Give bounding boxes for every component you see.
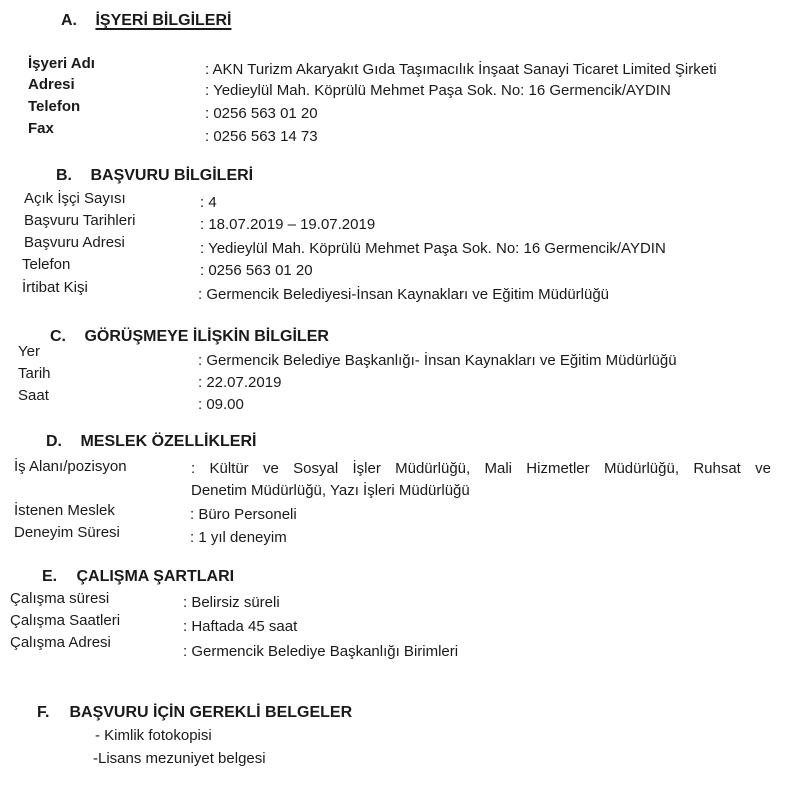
field-label: İstenen Meslek — [14, 502, 115, 519]
section-d-heading: D. MESLEK ÖZELLİKLERİ — [46, 433, 256, 451]
field-label: İşyeri Adı — [28, 55, 95, 72]
field-value: : Belirsiz süreli — [183, 594, 280, 611]
field-value: : 4 — [200, 194, 217, 211]
field-label: Saat — [18, 387, 49, 404]
field-label: Fax — [28, 120, 54, 137]
field-value: : 1 yıl deneyim — [190, 529, 287, 546]
field-label: İrtibat Kişi — [22, 279, 88, 296]
list-item: -Lisans mezuniyet belgesi — [93, 750, 266, 767]
field-label: Deneyim Süresi — [14, 524, 120, 541]
field-value: : Germencik Belediye Başkanlığı- İnsan K… — [198, 352, 677, 369]
field-label: Telefon — [22, 256, 70, 273]
field-value: : Germencik Belediye Başkanlığı Birimler… — [183, 643, 458, 660]
field-value: : 22.07.2019 — [198, 374, 281, 391]
section-title: BAŞVURU İÇİN GEREKLİ BELGELER — [69, 704, 352, 721]
field-label: Çalışma Adresi — [10, 634, 111, 651]
field-value-continued: Denetim Müdürlüğü, Yazı İşleri Müdürlüğü — [191, 482, 470, 499]
field-label: Çalışma Saatleri — [10, 612, 120, 629]
section-title: GÖRÜŞMEYE İLİŞKİN BİLGİLER — [84, 328, 328, 345]
field-value: : 0256 563 01 20 — [200, 262, 313, 279]
section-title: İŞYERİ BİLGİLERİ — [95, 12, 231, 29]
field-value: : Kültür ve Sosyal İşler Müdürlüğü, Mali… — [191, 460, 771, 477]
field-label: Başvuru Adresi — [24, 234, 125, 251]
section-c-heading: C. GÖRÜŞMEYE İLİŞKİN BİLGİLER — [50, 328, 329, 346]
field-value: : 18.07.2019 – 19.07.2019 — [200, 216, 375, 233]
field-label: Adresi — [28, 76, 75, 93]
field-label: Yer — [18, 343, 40, 360]
field-label: Telefon — [28, 98, 80, 115]
section-f-heading: F. BAŞVURU İÇİN GEREKLİ BELGELER — [37, 704, 352, 722]
field-value: : Haftada 45 saat — [183, 618, 297, 635]
field-value: : 0256 563 01 20 — [205, 105, 318, 122]
section-letter: F. — [37, 704, 65, 722]
section-letter: E. — [42, 568, 72, 586]
field-value: : 0256 563 14 73 — [205, 128, 318, 145]
list-item: - Kimlik fotokopisi — [95, 727, 212, 744]
field-value: : Büro Personeli — [190, 506, 297, 523]
field-label: İş Alanı/pozisyon — [14, 458, 127, 475]
section-letter: D. — [46, 433, 76, 451]
section-e-heading: E. ÇALIŞMA ŞARTLARI — [42, 568, 234, 586]
field-value: : Germencik Belediyesi-İnsan Kaynakları … — [198, 286, 609, 303]
field-label: Tarih — [18, 365, 51, 382]
section-title: MESLEK ÖZELLİKLERİ — [80, 433, 256, 450]
field-value: : Yedieylül Mah. Köprülü Mehmet Paşa Sok… — [205, 82, 671, 99]
section-letter: B. — [56, 167, 86, 185]
section-letter: C. — [50, 328, 80, 346]
field-value: : AKN Turizm Akaryakıt Gıda Taşımacılık … — [205, 61, 717, 78]
section-letter: A. — [61, 12, 91, 30]
field-value: : Yedieylül Mah. Köprülü Mehmet Paşa Sok… — [200, 240, 666, 257]
field-label: Açık İşçi Sayısı — [24, 190, 126, 207]
field-value: : 09.00 — [198, 396, 244, 413]
section-b-heading: B. BAŞVURU BİLGİLERİ — [56, 167, 253, 185]
section-title: ÇALIŞMA ŞARTLARI — [76, 568, 234, 585]
field-label: Çalışma süresi — [10, 590, 109, 607]
section-title: BAŞVURU BİLGİLERİ — [90, 167, 253, 184]
field-label: Başvuru Tarihleri — [24, 212, 135, 229]
section-a-heading: A. İŞYERİ BİLGİLERİ — [61, 12, 231, 30]
